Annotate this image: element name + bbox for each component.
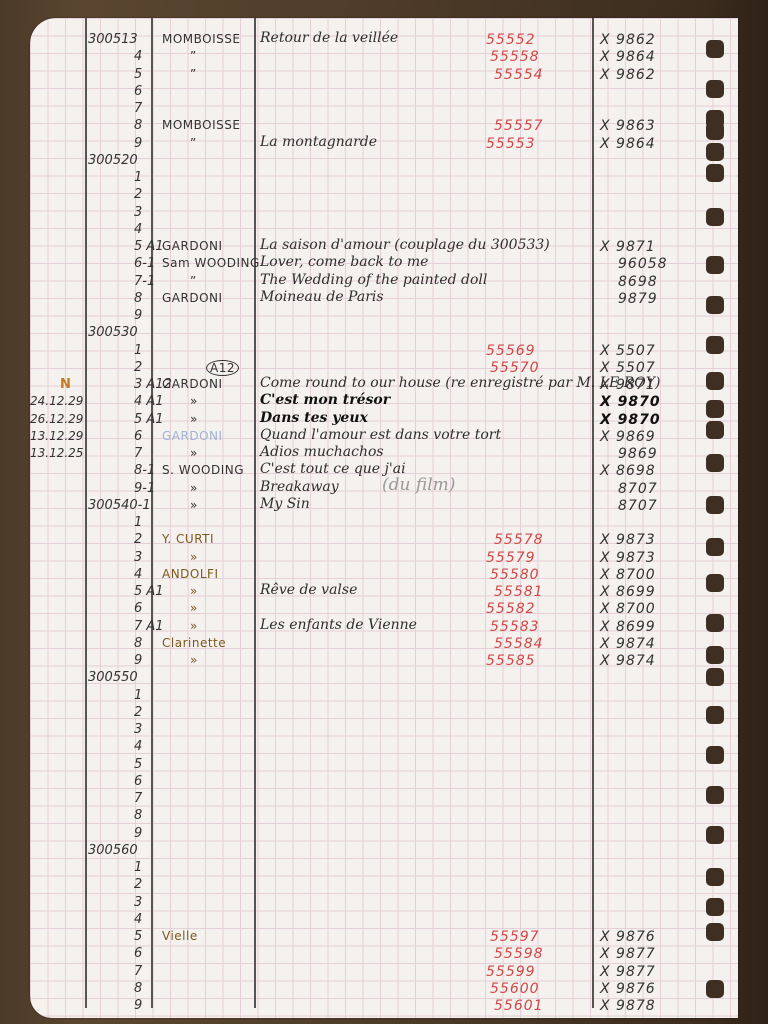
recording-date: 26.12.29 xyxy=(30,412,83,426)
catalog-number: 55584 xyxy=(494,636,544,652)
disc-number: X 9870 xyxy=(600,394,661,410)
disc-number: X 9877 xyxy=(600,946,656,962)
binder-hole xyxy=(706,786,724,804)
song-title: Adios muchachos xyxy=(260,444,384,460)
matrix-number: 5 xyxy=(134,929,142,944)
artist-name: » xyxy=(190,601,198,615)
column-rule xyxy=(151,18,153,1008)
disc-number: X 9871 xyxy=(600,239,656,255)
binder-hole xyxy=(706,372,724,390)
disc-number: X 9876 xyxy=(600,929,656,945)
binder-hole xyxy=(706,614,724,632)
matrix-number: 6 xyxy=(134,946,142,961)
disc-number: X 9871 xyxy=(600,377,656,393)
matrix-number: 6 xyxy=(134,601,142,616)
matrix-number: 4 xyxy=(134,912,142,927)
disc-number: X 9864 xyxy=(600,49,656,65)
catalog-number: 55583 xyxy=(490,619,540,635)
matrix-number: 6-1 xyxy=(134,256,155,271)
matrix-number: 300550 xyxy=(88,670,138,685)
catalog-number: 55570 xyxy=(490,360,540,376)
binder-hole xyxy=(706,421,724,439)
artist-name: » xyxy=(190,550,198,564)
matrix-number: 9-1 xyxy=(134,481,155,496)
binder-hole xyxy=(706,980,724,998)
artist-name: GARDONI xyxy=(162,429,223,443)
disc-number: X 9874 xyxy=(600,653,656,669)
disc-number: X 9874 xyxy=(600,636,656,652)
matrix-number: 7 xyxy=(134,101,142,116)
artist-name: » xyxy=(190,412,198,426)
binder-hole xyxy=(706,574,724,592)
artist-name: » xyxy=(190,584,198,598)
binder-hole xyxy=(706,826,724,844)
artist-name: ” xyxy=(190,274,197,288)
matrix-number: 8 xyxy=(134,291,142,306)
matrix-number: 9 xyxy=(134,653,142,668)
song-title: Lover, come back to me xyxy=(260,254,428,270)
song-title: La saison d'amour (couplage du 300533) xyxy=(260,237,550,253)
matrix-number: 4 xyxy=(134,739,142,754)
matrix-number: 7 xyxy=(134,964,142,979)
artist-name: » xyxy=(190,481,198,495)
matrix-number: 5 xyxy=(134,67,142,82)
matrix-number: 5 xyxy=(134,757,142,772)
song-title: Retour de la veillée xyxy=(260,30,398,46)
song-title: Les enfants de Vienne xyxy=(260,617,417,633)
binder-hole xyxy=(706,336,724,354)
binder-hole xyxy=(706,80,724,98)
binder-hole xyxy=(706,400,724,418)
recording-date: 13.12.25 xyxy=(30,446,83,460)
artist-name: Clarinette xyxy=(162,636,226,650)
disc-number: 9879 xyxy=(618,291,658,307)
matrix-number: 2 xyxy=(134,532,142,547)
matrix-number: 8-1 xyxy=(134,463,155,478)
disc-number: X 9873 xyxy=(600,550,656,566)
binder-hole xyxy=(706,164,724,182)
artist-name: GARDONI xyxy=(162,239,223,253)
catalog-number: 55585 xyxy=(486,653,536,669)
matrix-number: 9 xyxy=(134,308,142,323)
artist-name: Vielle xyxy=(162,929,198,943)
matrix-number: 300530 xyxy=(88,325,138,340)
disc-number: 8707 xyxy=(618,498,658,514)
song-title: Rêve de valse xyxy=(260,582,357,598)
disc-number: X 9877 xyxy=(600,964,656,980)
song-title: La montagnarde xyxy=(260,134,377,150)
binder-hole xyxy=(706,746,724,764)
binder-hole xyxy=(706,496,724,514)
column-rule xyxy=(592,18,594,1008)
matrix-number: 8 xyxy=(134,118,142,133)
matrix-number: 300540-1 xyxy=(88,498,151,513)
matrix-number: 2 xyxy=(134,187,142,202)
disc-number: X 8699 xyxy=(600,619,656,635)
matrix-number: 7 xyxy=(134,791,142,806)
matrix-number: 9 xyxy=(134,136,142,151)
binder-hole xyxy=(706,868,724,886)
binder-hole xyxy=(706,923,724,941)
recording-date: 13.12.29 xyxy=(30,429,83,443)
matrix-number: 3 xyxy=(134,722,142,737)
artist-name: ” xyxy=(190,136,197,150)
song-title: Dans tes yeux xyxy=(260,410,368,426)
artist-name: Y. CURTI xyxy=(162,532,214,546)
matrix-number: 1 xyxy=(134,688,142,703)
disc-number: X 9873 xyxy=(600,532,656,548)
matrix-number: 8 xyxy=(134,808,142,823)
artist-name: GARDONI xyxy=(162,291,223,305)
artist-name: GARDONI xyxy=(162,377,223,391)
artist-name: MOMBOISSE xyxy=(162,118,240,132)
matrix-number: 4 xyxy=(134,222,142,237)
matrix-number: 3 xyxy=(134,205,142,220)
song-title: My Sin xyxy=(260,496,310,512)
recording-date: N xyxy=(60,377,71,392)
matrix-number: 5 A1 xyxy=(134,412,164,427)
matrix-number: 5 A1 xyxy=(134,239,164,254)
catalog-number: 55553 xyxy=(486,136,536,152)
catalog-number: 55581 xyxy=(494,584,544,600)
artist-name: MOMBOISSE xyxy=(162,32,240,46)
binder-hole xyxy=(706,538,724,556)
binder-hole xyxy=(706,256,724,274)
matrix-number: 2 xyxy=(134,360,142,375)
matrix-number: 7-1 xyxy=(134,274,155,289)
catalog-number: 55580 xyxy=(490,567,540,583)
disc-number: X 9863 xyxy=(600,118,656,134)
artist-name: » xyxy=(190,619,198,633)
artist-name: S. WOODING xyxy=(162,463,244,477)
matrix-number: 9 xyxy=(134,998,142,1013)
artist-name: Sam WOODING xyxy=(162,256,260,270)
matrix-number: 4 A1 xyxy=(134,394,164,409)
disc-number: X 9862 xyxy=(600,67,656,83)
artist-name: » xyxy=(190,498,198,512)
matrix-number: 300513 xyxy=(88,32,138,47)
matrix-number: 2 xyxy=(134,705,142,720)
binder-hole xyxy=(706,646,724,664)
matrix-number: 7 xyxy=(134,446,142,461)
binder-hole xyxy=(706,40,724,58)
catalog-number: 55579 xyxy=(486,550,536,566)
recording-date: 24.12.29 xyxy=(30,394,83,408)
disc-number: X 9870 xyxy=(600,412,661,428)
disc-number: X 8698 xyxy=(600,463,656,479)
disc-number: 8698 xyxy=(618,274,658,290)
binder-hole xyxy=(706,296,724,314)
binder-hole xyxy=(706,122,724,140)
artist-name: ” xyxy=(190,49,197,63)
binder-hole xyxy=(706,668,724,686)
catalog-number: 55558 xyxy=(490,49,540,65)
disc-number: X 8700 xyxy=(600,601,656,617)
matrix-number: 6 xyxy=(134,774,142,789)
catalog-number: 55601 xyxy=(494,998,544,1014)
catalog-number: 55600 xyxy=(490,981,540,997)
catalog-number: 55582 xyxy=(486,601,536,617)
disc-number: X 9878 xyxy=(600,998,656,1014)
binder-hole xyxy=(706,143,724,161)
matrix-number: 300560 xyxy=(88,843,138,858)
film-note: (du film) xyxy=(382,475,455,495)
artist-name: ANDOLFI xyxy=(162,567,219,581)
disc-number: X 8700 xyxy=(600,567,656,583)
matrix-number: 3 xyxy=(134,895,142,910)
matrix-number: 1 xyxy=(134,170,142,185)
matrix-number: 4 xyxy=(134,49,142,64)
song-title: Breakaway xyxy=(260,479,339,495)
artist-name: » xyxy=(190,653,198,667)
disc-number: X 9876 xyxy=(600,981,656,997)
binder-hole xyxy=(706,706,724,724)
catalog-number: 55557 xyxy=(494,118,544,134)
artist-name: » xyxy=(190,394,198,408)
catalog-number: 55598 xyxy=(494,946,544,962)
catalog-number: 55599 xyxy=(486,964,536,980)
variant-note: A12 xyxy=(206,360,239,376)
disc-number: X 5507 xyxy=(600,343,656,359)
binder-hole xyxy=(706,208,724,226)
catalog-number: 55578 xyxy=(494,532,544,548)
artist-name: ” xyxy=(190,67,197,81)
matrix-number: 8 xyxy=(134,636,142,651)
song-title: Moineau de Paris xyxy=(260,289,384,305)
binder-hole xyxy=(706,898,724,916)
matrix-number: 6 xyxy=(134,84,142,99)
disc-number: X 9864 xyxy=(600,136,656,152)
disc-number: X 5507 xyxy=(600,360,656,376)
disc-number: 96058 xyxy=(618,256,668,272)
matrix-number: 2 xyxy=(134,877,142,892)
matrix-number: 9 xyxy=(134,826,142,841)
matrix-number: 7 A1 xyxy=(134,619,164,634)
matrix-number: 8 xyxy=(134,981,142,996)
column-rule xyxy=(85,18,87,1008)
column-rule xyxy=(254,18,256,1008)
catalog-number: 55597 xyxy=(490,929,540,945)
disc-number: X 9869 xyxy=(600,429,656,445)
notebook-page: 300513MOMBOISSERetour de la veillée55552… xyxy=(30,18,738,1018)
disc-number: X 8699 xyxy=(600,584,656,600)
matrix-number: 4 xyxy=(134,567,142,582)
matrix-number: 1 xyxy=(134,343,142,358)
song-title: Quand l'amour est dans votre tort xyxy=(260,427,501,443)
matrix-number: 5 A1 xyxy=(134,584,164,599)
disc-number: X 9862 xyxy=(600,32,656,48)
matrix-number: 1 xyxy=(134,860,142,875)
disc-number: 8707 xyxy=(618,481,658,497)
song-title: The Wedding of the painted doll xyxy=(260,272,487,288)
matrix-number: 6 xyxy=(134,429,142,444)
binder-hole xyxy=(706,454,724,472)
matrix-number: 300520 xyxy=(88,153,138,168)
catalog-number: 55552 xyxy=(486,32,536,48)
disc-number: 9869 xyxy=(618,446,658,462)
matrix-number: 1 xyxy=(134,515,142,530)
catalog-number: 55554 xyxy=(494,67,544,83)
song-title: C'est mon trésor xyxy=(260,392,390,408)
catalog-number: 55569 xyxy=(486,343,536,359)
artist-name: » xyxy=(190,446,198,460)
matrix-number: 3 xyxy=(134,550,142,565)
